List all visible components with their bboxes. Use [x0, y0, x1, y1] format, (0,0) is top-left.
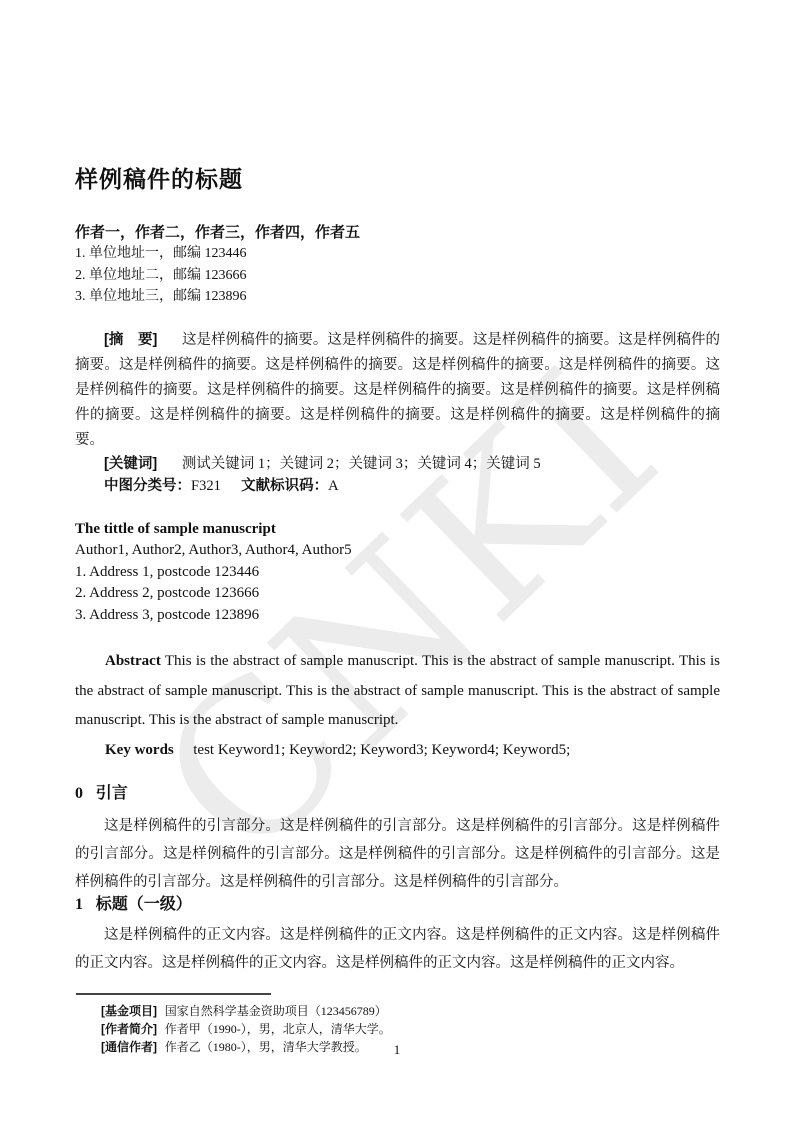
english-address-3: 3. Address 3, postcode 123896: [75, 605, 720, 627]
footnote-fund: [基金项目]国家自然科学基金资助项目（123456789）: [101, 1002, 721, 1020]
doc-code-label: 文献标识码：: [241, 478, 328, 494]
page-content: 样例稿件的标题 作者一，作者二，作者三，作者四，作者五 1. 单位地址一，邮编 …: [0, 0, 794, 1123]
clc-value: F321: [191, 478, 221, 494]
chinese-address-1: 1. 单位地址一，邮编 123446: [75, 243, 720, 265]
chinese-abstract-text: 这是样例稿件的摘要。这是样例稿件的摘要。这是样例稿件的摘要。这是样例稿件的摘要。…: [75, 332, 720, 448]
footnote-fund-text: 国家自然科学基金资助项目（123456789）: [165, 1004, 387, 1018]
english-title: The tittle of sample manuscript: [75, 519, 720, 541]
section-1-heading: 1标题（一级）: [75, 896, 720, 914]
footnote-bio-text: 作者甲（1990-），男，北京人，清华大学。: [165, 1022, 391, 1036]
english-keywords-line: Key wordstest Keyword1; Keyword2; Keywor…: [75, 736, 720, 766]
english-keywords-text: test Keyword1; Keyword2; Keyword3; Keywo…: [193, 742, 570, 758]
english-abstract-text: This is the abstract of sample manuscrip…: [75, 653, 720, 728]
english-authors: Author1, Author2, Author3, Author4, Auth…: [75, 540, 720, 562]
chinese-keywords-label: [关键词]: [104, 456, 157, 472]
footnote-bio-label: [作者简介]: [101, 1022, 157, 1036]
english-address-1: 1. Address 1, postcode 123446: [75, 562, 720, 584]
section-0-heading: 0引言: [75, 785, 720, 803]
section-1-title: 标题（一级）: [96, 896, 192, 913]
chinese-address-list: 1. 单位地址一，邮编 123446 2. 单位地址二，邮编 123666 3.…: [75, 243, 720, 308]
chinese-abstract: [摘 要]这是样例稿件的摘要。这是样例稿件的摘要。这是样例稿件的摘要。这是样例稿…: [75, 328, 720, 453]
chinese-address-3: 3. 单位地址三，邮编 123896: [75, 286, 720, 308]
section-0-number: 0: [75, 785, 83, 802]
english-address-2: 2. Address 2, postcode 123666: [75, 583, 720, 605]
page-number: 1: [0, 1042, 794, 1058]
english-header-block: The tittle of sample manuscript Author1,…: [75, 519, 720, 627]
manuscript-page: CNKI 样例稿件的标题 作者一，作者二，作者三，作者四，作者五 1. 单位地址…: [0, 0, 794, 1123]
doc-code-value: A: [328, 478, 338, 494]
section-1-body: 这是样例稿件的正文内容。这是样例稿件的正文内容。这是样例稿件的正文内容。这是样例…: [75, 921, 720, 977]
english-keywords-label: Key words: [105, 742, 174, 758]
chinese-keywords-line: [关键词]测试关键词 1；关键词 2；关键词 3；关键词 4；关键词 5: [75, 453, 720, 475]
section-1-number: 1: [75, 896, 83, 913]
chinese-keywords-text: 测试关键词 1；关键词 2；关键词 3；关键词 4；关键词 5: [182, 456, 541, 472]
clc-line: 中图分类号：F321文献标识码：A: [75, 475, 720, 497]
clc-label: 中图分类号：: [104, 478, 191, 494]
english-abstract: Abstract This is the abstract of sample …: [75, 647, 720, 736]
chinese-abstract-label: [摘 要]: [104, 332, 157, 348]
chinese-authors: 作者一，作者二，作者三，作者四，作者五: [75, 223, 720, 243]
section-0-title: 引言: [96, 785, 128, 802]
chinese-title: 样例稿件的标题: [75, 165, 720, 193]
chinese-address-2: 2. 单位地址二，邮编 123666: [75, 265, 720, 287]
english-abstract-label: Abstract: [105, 653, 161, 669]
section-0-body: 这是样例稿件的引言部分。这是样例稿件的引言部分。这是样例稿件的引言部分。这是样例…: [75, 812, 720, 896]
footnote-fund-label: [基金项目]: [101, 1004, 157, 1018]
footnote-bio: [作者简介]作者甲（1990-），男，北京人，清华大学。: [101, 1020, 721, 1038]
